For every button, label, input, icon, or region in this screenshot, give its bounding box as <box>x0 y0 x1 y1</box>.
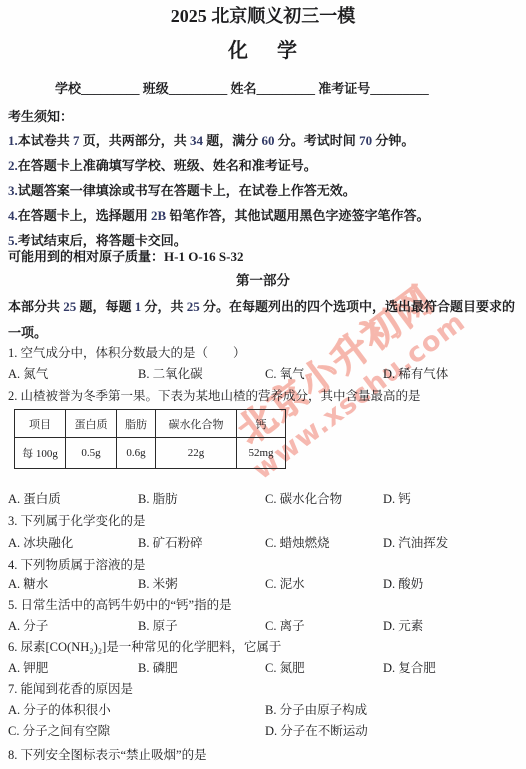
option-cell: C. 氧气 <box>265 366 383 382</box>
question-1-stem: 1. 空气成分中，体积分数最大的是（ ） <box>8 345 246 361</box>
notice-item-5: 5.考试结束后，将答题卡交回。 <box>8 233 187 249</box>
option-cell: C. 分子之间有空隙 <box>8 723 265 739</box>
question-4-options: A. 糖水 B. 米粥 C. 泥水 D. 酸奶 <box>8 576 522 592</box>
notice-item-2: 2.在答题卡上准确填写学校、班级、姓名和准考证号。 <box>8 158 317 174</box>
notice-item-4: 4.在答题卡上，选择题用 2B 铅笔作答，其他试题用黑色字迹签字笔作答。 <box>8 208 429 224</box>
table-data-cell: 22g <box>156 438 237 469</box>
question-3-options: A. 冰块融化 B. 矿石粉碎 C. 蜡烛燃烧 D. 汽油挥发 <box>8 535 522 551</box>
table-data-cell: 每 100g <box>15 438 66 469</box>
option-cell: D. 汽油挥发 <box>383 535 522 551</box>
option-cell: A. 糖水 <box>8 576 138 592</box>
option-cell: D. 分子在不断运动 <box>265 723 522 739</box>
option-cell: A. 蛋白质 <box>8 491 138 507</box>
option-cell: D. 复合肥 <box>383 660 522 676</box>
option-cell: C. 氮肥 <box>265 660 383 676</box>
option-cell: D. 稀有气体 <box>383 366 522 382</box>
table-header-cell: 脂肪 <box>117 410 156 438</box>
question-3-stem: 3. 下列属于化学变化的是 <box>8 513 146 529</box>
table-data-cell: 52mg <box>237 438 286 469</box>
option-cell: B. 脂肪 <box>138 491 265 507</box>
fields-line: 学校_________ 班级_________ 姓名_________ 准考证号… <box>55 81 429 97</box>
part1-intro: 本部分共 25 题，每题 1 分，共 25 分。在每题列出的四个选项中，选出最符… <box>8 294 520 346</box>
option-cell: C. 泥水 <box>265 576 383 592</box>
question-6-stem: 6. 尿素[CO(NH₂)₂]是一种常见的化学肥料，它属于 <box>8 639 281 655</box>
option-cell: D. 酸奶 <box>383 576 522 592</box>
question-5-stem: 5. 日常生活中的高钙牛奶中的“钙”指的是 <box>8 597 232 613</box>
option-cell: B. 分子由原子构成 <box>265 702 522 718</box>
question-1-options: A. 氮气 B. 二氧化碳 C. 氧气 D. 稀有气体 <box>8 366 522 382</box>
option-cell: A. 分子的体积很小 <box>8 702 265 718</box>
notice-item-1: 1.本试卷共 7 页，共两部分，共 34 题，满分 60 分。考试时间 70 分… <box>8 133 414 149</box>
question-6-options: A. 钾肥 B. 磷肥 C. 氮肥 D. 复合肥 <box>8 660 522 676</box>
table-data-cell: 0.5g <box>66 438 117 469</box>
nutrition-table: 项目 蛋白质 脂肪 碳水化合物 钙 每 100g 0.5g 0.6g 22g 5… <box>14 409 286 469</box>
question-7-options-row1: A. 分子的体积很小 B. 分子由原子构成 <box>8 702 522 718</box>
table-header-cell: 项目 <box>15 410 66 438</box>
subject-title: 化 学 <box>0 43 526 59</box>
option-cell: B. 矿石粉碎 <box>138 535 265 551</box>
part1-title: 第一部分 <box>0 273 526 289</box>
option-cell: C. 离子 <box>265 618 383 634</box>
option-cell: A. 冰块融化 <box>8 535 138 551</box>
table-data-cell: 0.6g <box>117 438 156 469</box>
option-cell: B. 二氧化碳 <box>138 366 265 382</box>
table-header-cell: 碳水化合物 <box>156 410 237 438</box>
table-header-cell: 蛋白质 <box>66 410 117 438</box>
atomic-mass-line: 可能用到的相对原子质量：H-1 O-16 S-32 <box>8 249 243 265</box>
option-cell: C. 碳水化合物 <box>265 491 383 507</box>
option-cell: A. 钾肥 <box>8 660 138 676</box>
option-cell: D. 钙 <box>383 491 522 507</box>
option-cell: D. 元素 <box>383 618 522 634</box>
option-cell: A. 分子 <box>8 618 138 634</box>
option-cell: B. 原子 <box>138 618 265 634</box>
question-5-options: A. 分子 B. 原子 C. 离子 D. 元素 <box>8 618 522 634</box>
table-header-cell: 钙 <box>237 410 286 438</box>
exam-paper-page: 北京小升初网 www.xschu.com 2025 北京顺义初三一模 化 学 学… <box>0 0 526 769</box>
exam-title: 2025 北京顺义初三一模 <box>0 8 526 24</box>
question-2-options: A. 蛋白质 B. 脂肪 C. 碳水化合物 D. 钙 <box>8 491 522 507</box>
option-cell: A. 氮气 <box>8 366 138 382</box>
option-cell: B. 磷肥 <box>138 660 265 676</box>
question-7-options-row2: C. 分子之间有空隙 D. 分子在不断运动 <box>8 723 522 739</box>
question-2-stem: 2. 山楂被誉为冬季第一果。下表为某地山楂的营养成分，其中含量最高的是 <box>8 388 421 404</box>
question-7-stem: 7. 能闻到花香的原因是 <box>8 681 133 697</box>
question-4-stem: 4. 下列物质属于溶液的是 <box>8 557 146 573</box>
question-8-stem: 8. 下列安全图标表示“禁止吸烟”的是 <box>8 747 207 763</box>
option-cell: B. 米粥 <box>138 576 265 592</box>
notice-label: 考生须知： <box>8 109 73 125</box>
notice-item-3: 3.试题答案一律填涂或书写在答题卡上，在试卷上作答无效。 <box>8 183 356 199</box>
option-cell: C. 蜡烛燃烧 <box>265 535 383 551</box>
